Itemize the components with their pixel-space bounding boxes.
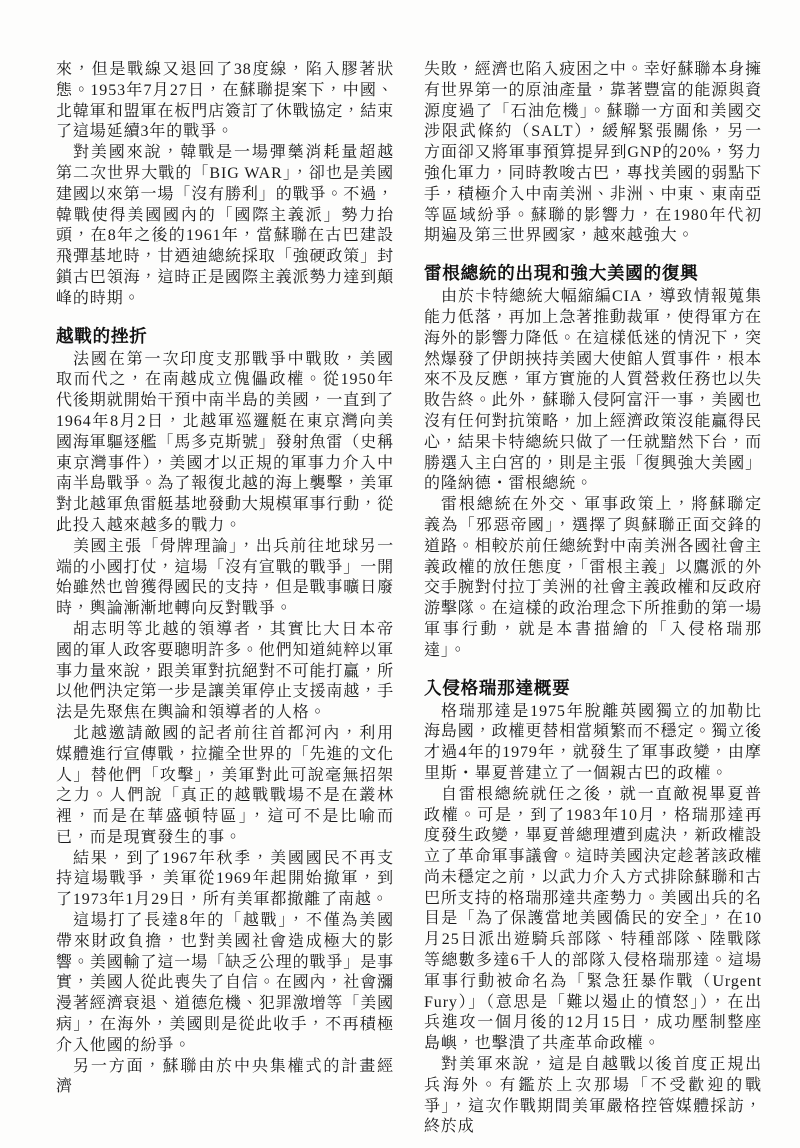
section-heading-grenada-overview: 入侵格瑞那達概要 — [424, 677, 762, 699]
body-paragraph: 法國在第一次印度支那戰爭中戰敗，美國取而代之，在南越成立傀儡政權。從1950年代… — [56, 350, 394, 537]
section-heading-vietnam-setback: 越戰的挫折 — [56, 325, 394, 347]
right-column: 失敗，經濟也陷入疲困之中。幸好蘇聯本身擁有世界第一的原油產量，靠著豐富的能源與資… — [424, 60, 762, 1138]
body-paragraph: 胡志明等北越的領導者，其實比大日本帝國的軍人政客要聰明許多。他們知道純粹以軍事力… — [56, 620, 394, 724]
body-paragraph: 結果，到了1967年秋季，美國國民不再支持這場戰爭，美軍從1969年起開始撤軍，… — [56, 849, 394, 911]
body-paragraph: 另一方面，蘇聯由於中央集權式的計畫經濟 — [56, 1057, 394, 1099]
body-paragraph: 這場打了長達8年的「越戰」，不僅為美國帶來財政負擔，也對美國社會造成極大的影響。… — [56, 911, 394, 1057]
body-paragraph: 對美軍來說，這是自越戰以後首度正規出兵海外。有鑑於上次那場「不受歡迎的戰爭」，這… — [424, 1055, 762, 1138]
body-paragraph: 由於卡特總統大幅縮編CIA，導致情報蒐集能力低落，再加上急著推動裁軍，使得軍方在… — [424, 287, 762, 495]
body-paragraph: 北越邀請敵國的記者前往首都河內，利用媒體進行宣傳戰，拉攏全世界的「先進的文化人」… — [56, 724, 394, 849]
section-heading-reagan-revival: 雷根總統的出現和強大美國的復興 — [424, 262, 762, 284]
left-column: 來，但是戰線又退回了38度線，陷入膠著狀態。1953年7月27日，在蘇聯提案下，… — [56, 60, 394, 1098]
body-paragraph: 自雷根總統就任之後，就一直敵視畢夏普政權。可是，到了1983年10月，格瑞那達再… — [424, 785, 762, 1055]
body-paragraph: 美國主張「骨牌理論」，出兵前往地球另一端的小國打仗，這場「沒有宣戰的戰爭」一開始… — [56, 537, 394, 620]
body-paragraph: 失敗，經濟也陷入疲困之中。幸好蘇聯本身擁有世界第一的原油產量，靠著豐富的能源與資… — [424, 60, 762, 247]
body-paragraph: 來，但是戰線又退回了38度線，陷入膠著狀態。1953年7月27日，在蘇聯提案下，… — [56, 60, 394, 143]
body-paragraph: 格瑞那達是1975年脫離英國獨立的加勒比海島國，政權更替相當頻繁而不穩定。獨立後… — [424, 702, 762, 785]
body-paragraph: 雷根總統在外交、軍事政策上，將蘇聯定義為「邪惡帝國」，選擇了與蘇聯正面交鋒的道路… — [424, 495, 762, 661]
body-paragraph: 對美國來說，韓戰是一場彈藥消耗量超越第二次世界大戰的「BIG WAR」，卻也是美… — [56, 143, 394, 309]
book-page: 來，但是戰線又退回了38度線，陷入膠著狀態。1953年7月27日，在蘇聯提案下，… — [0, 0, 800, 1148]
